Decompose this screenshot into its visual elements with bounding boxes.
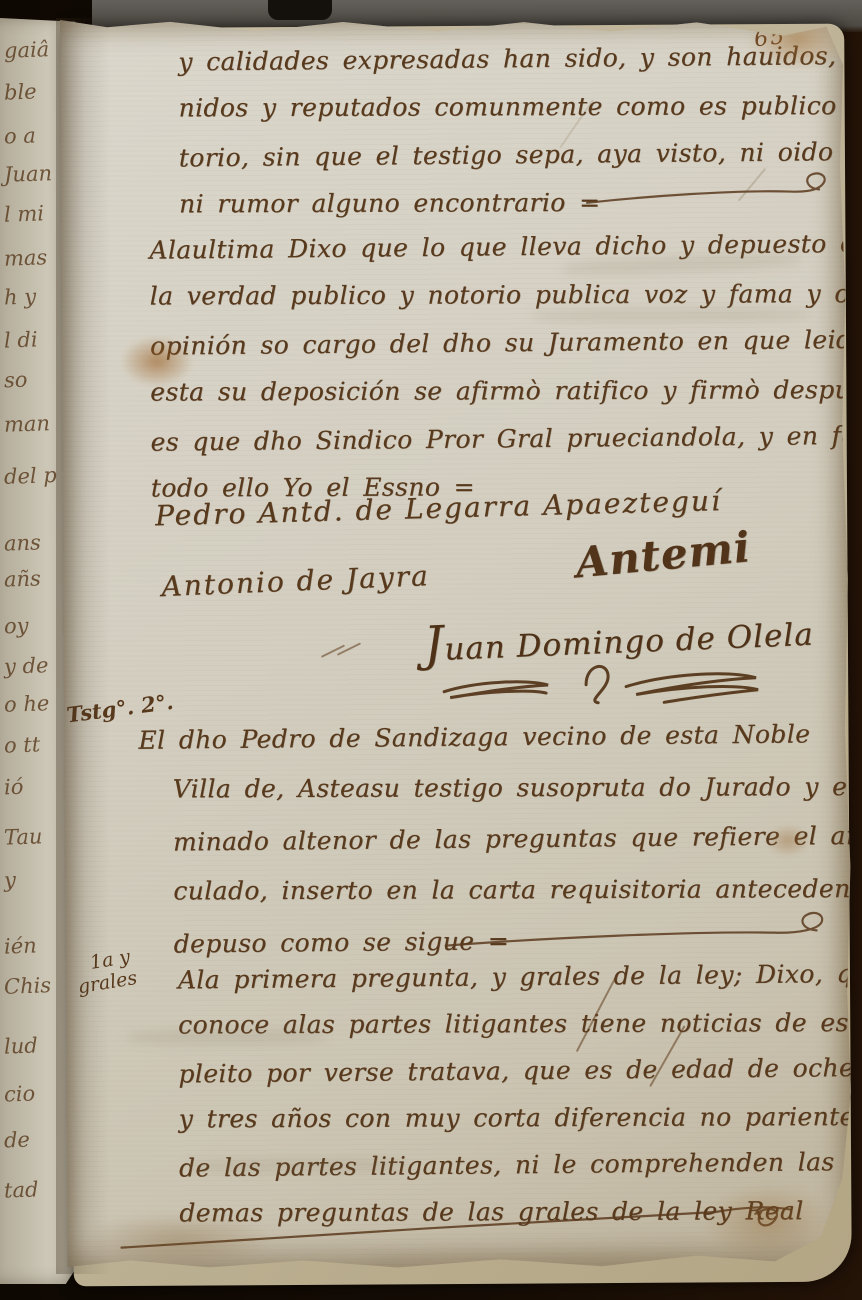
closing-underline-flourish <box>115 1197 810 1253</box>
facing-page-text-fragment: l mi <box>4 201 45 226</box>
facing-page-text-fragment: y de <box>4 653 49 679</box>
manuscript-line: Ala primera pregunta, y grales de la ley… <box>178 950 862 1004</box>
notary-antemi-mark: Antemi <box>573 522 752 587</box>
facing-page-text-fragment: del p <box>4 463 58 489</box>
binding-clip <box>268 0 332 20</box>
facing-page-text-fragment: mas <box>4 245 48 270</box>
facing-page-text-fragment: añs <box>4 566 42 591</box>
facing-page-text-fragment: cio <box>4 1081 36 1106</box>
manuscript-line: de las partes litigantes, ni le comprehe… <box>179 1138 862 1192</box>
manuscript-line: minado altenor de las preguntas que refi… <box>173 810 862 868</box>
manuscript-line: nidos y reputados comunmente como es pub… <box>178 82 850 132</box>
line-filler-flourish <box>443 913 838 955</box>
manuscript-line: y calidades expresadas han sido, y son h… <box>178 32 850 86</box>
facing-page-text-fragment: ans <box>4 530 42 555</box>
line-filler-flourish <box>585 171 835 213</box>
facing-page-text-fragment: y <box>4 868 17 892</box>
manuscript-line: Villa de, Asteasu testigo susopruta do J… <box>173 761 862 814</box>
facing-page-text-fragment: h y <box>4 284 37 309</box>
facing-page-text-fragment: gaiâ <box>4 37 50 63</box>
signature-antonio: Antonio de Jayra <box>161 559 430 603</box>
facing-page-text-fragment: o tt <box>4 732 41 757</box>
facing-page-text-fragment: ble <box>4 79 37 104</box>
facing-page-text-fragment: Chis <box>4 973 52 999</box>
manuscript-line: conoce alas partes litigantes tiene noti… <box>178 999 862 1048</box>
manuscript-line: la verdad publico y notorio publica voz … <box>150 270 850 320</box>
facing-page-text-fragment: so <box>4 368 28 393</box>
manuscript-line: El dho Pedro de Sandizaga vecino de esta… <box>138 708 862 766</box>
margin-note-line: grales <box>76 967 138 998</box>
facing-page-text-fragment: ió <box>4 775 24 800</box>
facing-page-text-fragment: l di <box>4 327 38 352</box>
facing-page-text-fragment: oy <box>4 614 29 639</box>
margin-note-first-question: 1a y grales <box>73 945 139 998</box>
manuscript-line: y tres años con muy corta diferencia no … <box>179 1093 862 1142</box>
manuscript-line: es que dho Sindico Pror Gral prueciandol… <box>150 412 850 467</box>
facing-page-text-fragment: de <box>4 1128 31 1153</box>
facing-page-text-fragment: o a <box>4 123 37 148</box>
manuscript-line: Alaultima Dixo que lo que lleva dicho y … <box>149 220 849 275</box>
manuscript-photograph: gaiâbleo aJuanl mimash yl disomandel pan… <box>0 0 862 1300</box>
manuscript-line: esta su deposición se afirmò ratifico y … <box>150 366 850 416</box>
signature-rubric-flourish <box>436 644 781 710</box>
facing-page-text-fragment: man <box>4 411 51 437</box>
facing-page-text-fragment: Juan <box>4 161 53 187</box>
facing-page-text-fragment: Tau <box>4 824 43 849</box>
manuscript-line: pleito por verse tratava, que es de edad… <box>178 1044 862 1098</box>
manuscript-line: opinión so cargo del dho su Juramento en… <box>150 316 850 371</box>
facing-page-text-fragment: tad <box>4 1177 39 1202</box>
facing-page-text-fragment: ién <box>4 933 37 958</box>
manuscript-page: 65 y calidades expresadas han sido, y so… <box>60 15 854 1272</box>
pen-stroke <box>321 645 345 659</box>
paragraph-first-question: Ala primera pregunta, y grales de la ley… <box>178 951 862 1237</box>
facing-page-text-fragment: o he <box>4 691 50 717</box>
manuscript-line: culado, inserto en la carta requisitoria… <box>173 863 862 916</box>
facing-page-text-fragment: lud <box>4 1033 39 1058</box>
paragraph-ratification: Alaultima Dixo que lo que lleva dicho y … <box>149 221 851 513</box>
pen-stroke <box>337 642 361 656</box>
